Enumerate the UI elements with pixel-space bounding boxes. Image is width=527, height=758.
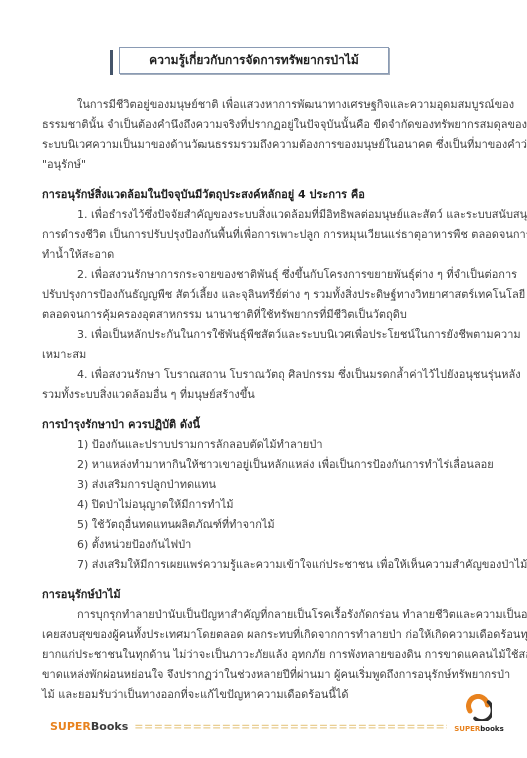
objective-item-3: เหมาะสม <box>42 345 489 365</box>
maintenance-heading: การบำรุงรักษาป่า ควรปฏิบัติ ดังนี้ <box>42 415 489 435</box>
footer-logo: SUPERbooks <box>453 694 505 734</box>
intro-line: ในการมีชีวิตอยู่ของมนุษย์ชาติ เพื่อแสวงห… <box>42 95 489 115</box>
intro-line: ระบบนิเวศความเป็นมาของด้านวัฒนธรรมรวมถึง… <box>42 135 489 155</box>
conservation-heading: การอนุรักษ์ป่าไม้ <box>42 585 489 605</box>
document-page: ความรู้เกี่ยวกับการจัดการทรัพยากรป่าไม้ … <box>0 0 527 758</box>
maintenance-item: 3) ส่งเสริมการปลูกป่าทดแทน <box>42 475 489 495</box>
maintenance-item: 7) ส่งเสริมให้มีการเผยแพร่ความรู้และความ… <box>42 555 489 575</box>
objective-item-4: 4. เพื่อสงวนรักษา โบราณสถาน โบราณวัตถุ ศ… <box>42 365 489 385</box>
page-footer: SUPERBooks =============================… <box>50 694 505 734</box>
objective-item-1: 1. เพื่อธำรงไว้ซึ่งปัจจัยสำคัญของระบบสิ่… <box>42 205 489 225</box>
objective-item-2: 2. เพื่อสงวนรักษาการกระจายของชาติพันธุ์ … <box>42 265 489 285</box>
objective-item-1: ทำน้ำให้สะอาด <box>42 245 489 265</box>
maintenance-item: 5) ใช้วัตถุอื่นทดแทนผลิตภัณฑ์ที่ทำจากไม้ <box>42 515 489 535</box>
objective-item-3: 3. เพื่อเป็นหลักประกันในการใช้พันธุ์พืชส… <box>42 325 489 345</box>
objective-item-4: รวมทั้งระบบสิ่งแวดล้อมอื่น ๆ ที่มนุษย์สร… <box>42 385 489 405</box>
objective-item-1: การดำรงชีวิต เป็นการปรับปรุงป้องกันพื้นท… <box>42 225 489 245</box>
maintenance-item: 2) หาแหล่งทำมาหากินให้ชาวเขาอยู่เป็นหลัก… <box>42 455 489 475</box>
maintenance-item: 6) ตั้งหน่วยป้องกันไฟป่า <box>42 535 489 555</box>
conservation-line: เคยสงบสุขของผู้คนทั้งประเทศมาโดยตลอด ผลก… <box>42 625 489 645</box>
footer-brand-super: SUPER <box>50 720 91 733</box>
conservation-line: ยากแก่ประชาชนในทุกด้าน ไม่ว่าจะเป็นภาวะภ… <box>42 645 489 665</box>
footer-brand-books: Books <box>91 720 128 733</box>
maintenance-item: 4) ปิดป่าไม่อนุญาตให้มีการทำไม้ <box>42 495 489 515</box>
objectives-heading: การอนุรักษ์สิ่งแวดล้อมในปัจจุบันมีวัตถุป… <box>42 185 489 205</box>
footer-brand: SUPERBooks <box>50 720 128 734</box>
objective-item-2: ตลอดจนการคุ้มครองอุตสาหกรรม นานาชาติที่ใ… <box>42 305 489 325</box>
footer-logo-text: SUPERbooks <box>454 725 503 734</box>
footer-logo-super: SUPER <box>454 725 480 733</box>
maintenance-item: 1) ป้องกันและปราบปรามการลักลอบตัดไม้ทำลา… <box>42 435 489 455</box>
document-body: ในการมีชีวิตอยู่ของมนุษย์ชาติ เพื่อแสวงห… <box>42 95 489 705</box>
conservation-line: การบุกรุกทำลายป่านับเป็นปัญหาสำคัญที่กลา… <box>42 605 489 625</box>
footer-separator-line: ========================================… <box>134 720 447 734</box>
intro-line: "อนุรักษ์" <box>42 155 489 175</box>
intro-line: ธรรมชาตินั้น จำเป็นต้องคำนึงถึงความจริงท… <box>42 115 489 135</box>
conservation-line: ขาดแหล่งพักผ่อนหย่อนใจ จึงปรากฏว่าในช่วง… <box>42 665 489 685</box>
footer-logo-books: books <box>480 725 503 733</box>
title-accent-bar <box>110 50 113 75</box>
page-title: ความรู้เกี่ยวกับการจัดการทรัพยากรป่าไม้ <box>119 47 389 74</box>
superbooks-logo-icon <box>466 694 492 725</box>
objective-item-2: ปรับปรุงการป้องกันธัญญพืช สัตว์เลี้ยง แล… <box>42 285 489 305</box>
